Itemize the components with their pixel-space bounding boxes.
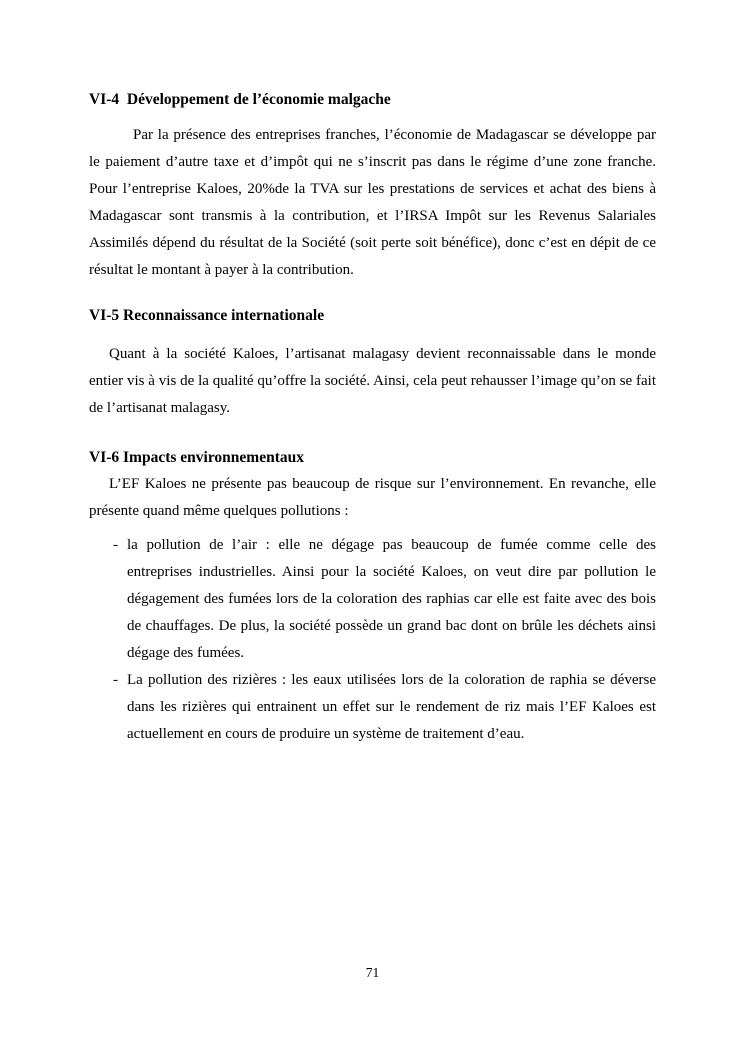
section-heading-vi4: VI-4 Développement de l’économie malgach… bbox=[89, 86, 656, 113]
page-number: 71 bbox=[0, 963, 745, 983]
paragraph-vi6-environment-intro: L’EF Kaloes ne présente pas beaucoup de … bbox=[89, 471, 656, 525]
list-item-air-pollution: - la pollution de l’air : elle ne dégage… bbox=[89, 532, 656, 667]
document-page: VI-4 Développement de l’économie malgach… bbox=[0, 0, 745, 1053]
list-item-text: La pollution des rizières : les eaux uti… bbox=[127, 667, 656, 748]
page-content: VI-4 Développement de l’économie malgach… bbox=[0, 0, 745, 748]
section-heading-vi6: VI-6 Impacts environnementaux bbox=[89, 444, 656, 471]
list-item-ricefield-pollution: - La pollution des rizières : les eaux u… bbox=[89, 667, 656, 748]
section-heading-vi5: VI-5 Reconnaissance internationale bbox=[89, 302, 656, 329]
list-item-text: la pollution de l’air : elle ne dégage p… bbox=[127, 532, 656, 667]
dash-bullet: - bbox=[113, 667, 127, 748]
paragraph-vi5-recognition: Quant à la société Kaloes, l’artisanat m… bbox=[89, 341, 656, 422]
dash-bullet: - bbox=[113, 532, 127, 667]
pollution-list: - la pollution de l’air : elle ne dégage… bbox=[89, 532, 656, 748]
paragraph-vi4-economy: Par la présence des entreprises franches… bbox=[89, 122, 656, 284]
